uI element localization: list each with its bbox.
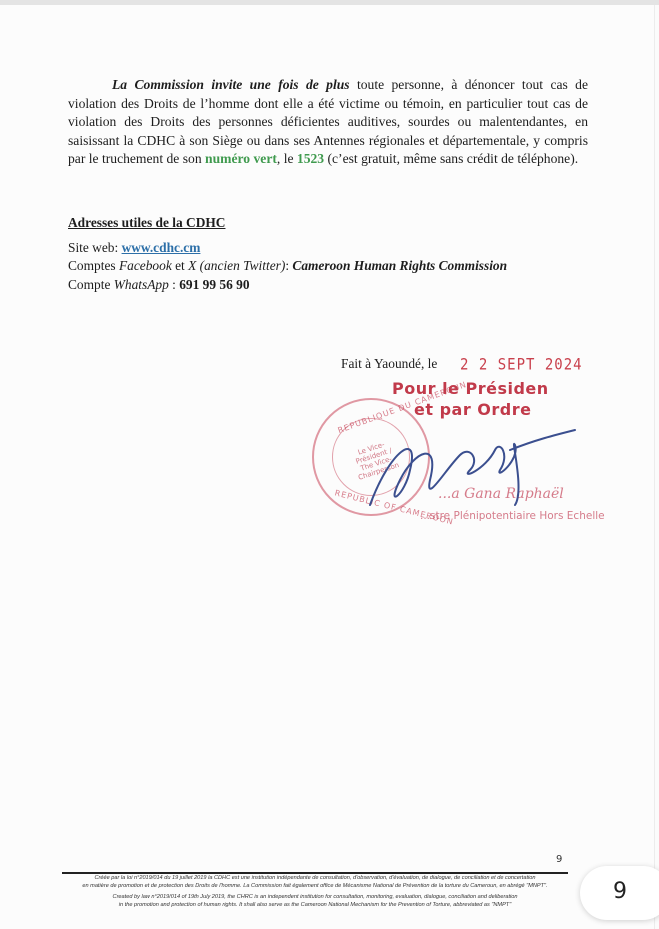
paragraph-text: , le <box>277 151 297 166</box>
page-number: 9 <box>556 854 562 865</box>
whatsapp-prefix: Compte <box>68 277 114 292</box>
x-label: X (ancien Twitter) <box>188 258 285 273</box>
website-label: Site web: <box>68 240 122 255</box>
website-link[interactable]: www.cdhc.cm <box>122 240 201 255</box>
footer-en-line-2: in the promotion and protection of human… <box>62 902 568 910</box>
website-line: Site web: www.cdhc.cm <box>68 239 507 258</box>
handwritten-signature-icon <box>360 410 580 520</box>
hotline-label: numéro vert <box>205 151 277 166</box>
hotline-number: 1523 <box>297 151 324 166</box>
social-account-name: Cameroon Human Rights Commission <box>292 258 507 273</box>
page-indicator-pill[interactable]: 9 <box>580 866 659 920</box>
social-and: et <box>172 258 188 273</box>
whatsapp-colon: : <box>169 277 179 292</box>
body-paragraph: La Commission invite une fois de plus to… <box>68 76 588 169</box>
paragraph-text: (c’est gratuit, même sans crédit de télé… <box>324 151 578 166</box>
useful-addresses: Adresses utiles de la CDHC Site web: www… <box>68 214 507 294</box>
footer-fr-line-1: Créée par la loi n°2019/014 du 19 juille… <box>62 875 568 883</box>
whatsapp-line: Compte WhatsApp : 691 99 56 90 <box>68 276 507 295</box>
date-stamp: 2 2 SEPT 2024 <box>460 356 583 374</box>
footer-divider <box>62 872 568 874</box>
signature-place: Fait à Yaoundé, le <box>341 356 437 372</box>
social-line: Comptes Facebook et X (ancien Twitter): … <box>68 257 507 276</box>
facebook-label: Facebook <box>119 258 172 273</box>
social-prefix: Comptes <box>68 258 119 273</box>
addresses-title: Adresses utiles de la CDHC <box>68 214 507 233</box>
whatsapp-number: 691 99 56 90 <box>179 277 249 292</box>
whatsapp-label: WhatsApp <box>114 277 169 292</box>
footer-legal-text: Créée par la loi n°2019/014 du 19 juille… <box>62 875 568 909</box>
paragraph-lead: La Commission invite une fois de plus <box>112 77 350 92</box>
footer-fr-line-2: en matière de promotion et de protection… <box>62 883 568 891</box>
pour-line-1: Pour le Présiden <box>392 378 549 399</box>
footer-en-line-1: Created by law n°2019/014 of 19th July 2… <box>62 894 568 902</box>
page-indicator-number: 9 <box>613 879 627 904</box>
